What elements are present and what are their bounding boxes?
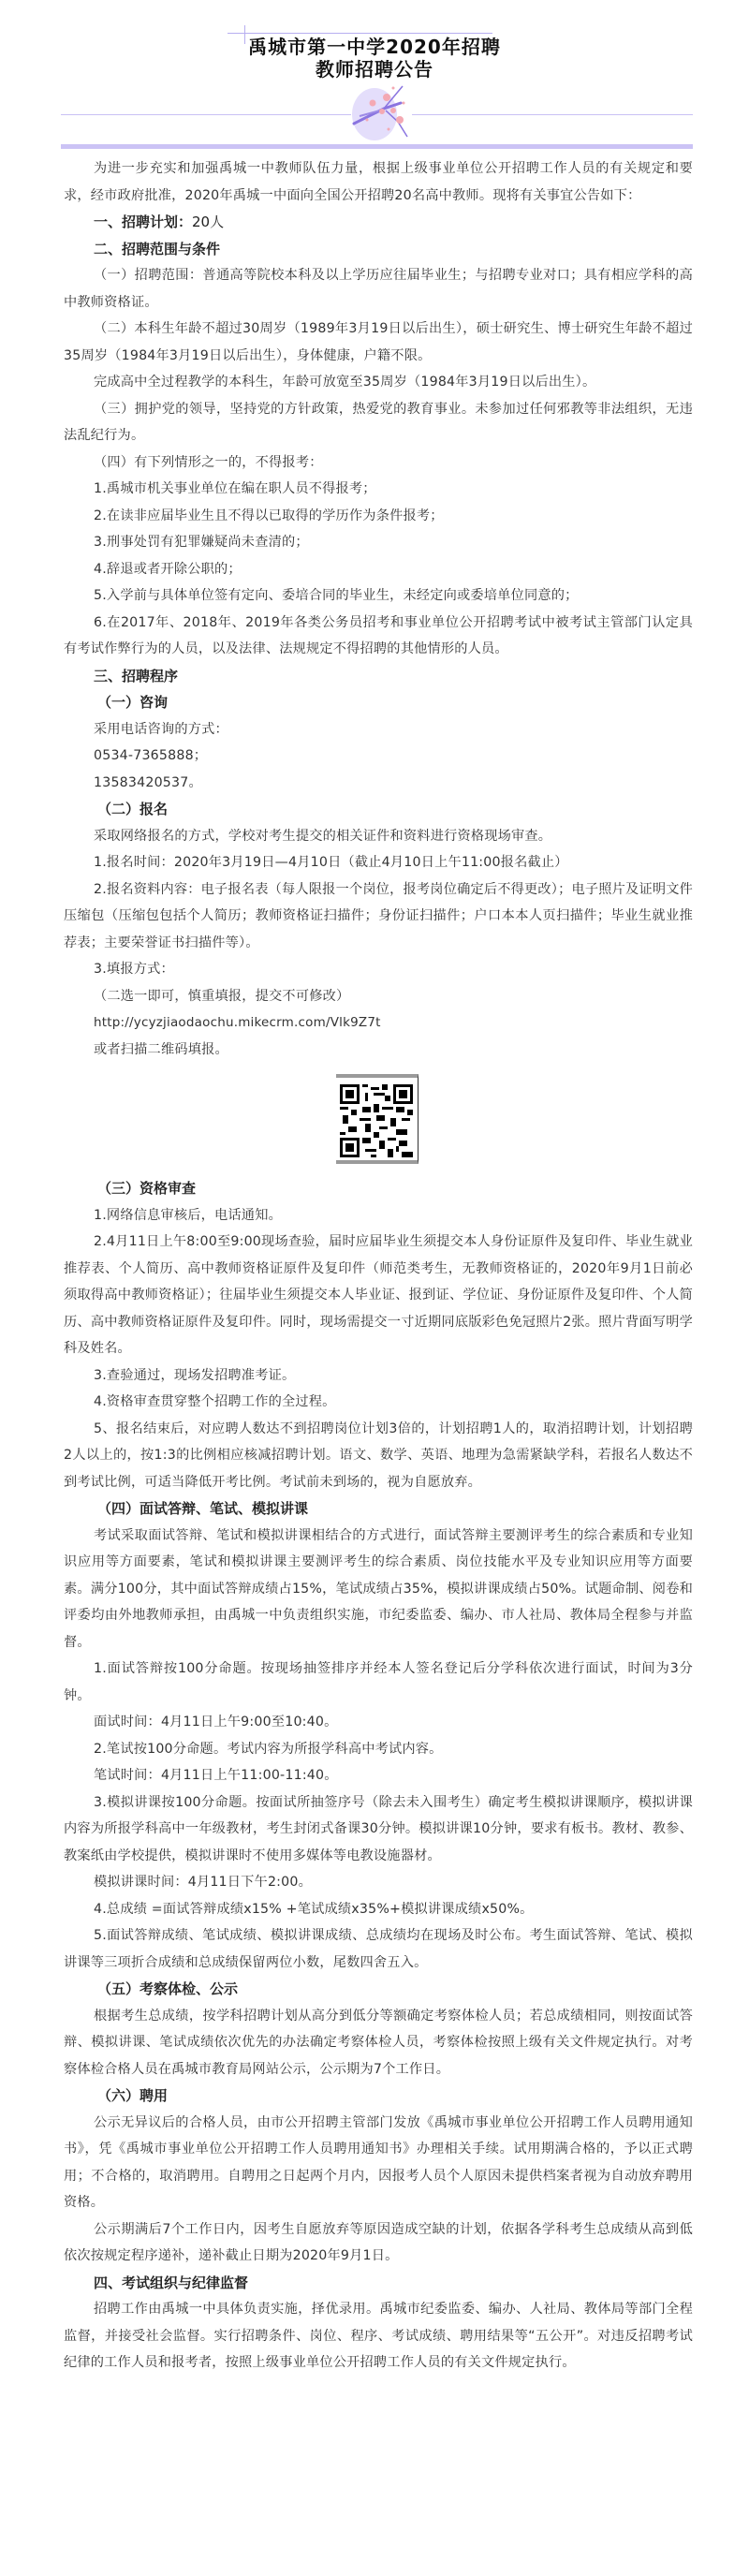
list-item: 5.面试答辩成绩、笔试成绩、模拟讲课成绩、总成绩均在现场及时公布。考生面试答辩、… bbox=[64, 1922, 693, 1976]
qr-code-container bbox=[64, 1063, 693, 1175]
list-item: 1.禹城市机关事业单位在编在职人员不得报考； bbox=[64, 476, 693, 503]
subheading-review: （三）资格审查 bbox=[64, 1175, 693, 1202]
paragraph: 根据考生总成绩，按学科招聘计划从高分到低分等额确定考察体检人员；若总成绩相同，则… bbox=[64, 2003, 693, 2083]
list-item: 1.面试答辩按100分命题。按现场抽签排序并经本人签名登记后分学科依次进行面试，… bbox=[64, 1656, 693, 1709]
paragraph: 采用电话咨询的方式： bbox=[64, 716, 693, 743]
paragraph: 采取网络报名的方式，学校对考生提交的相关证件和资料进行资格现场审查。 bbox=[64, 823, 693, 850]
paragraph: 公示期满后7个工作日内，因考生自愿放弃等原因造成空缺的计划，依据各学科考生总成绩… bbox=[64, 2216, 693, 2270]
paragraph: （二选一即可，慎重填报，提交不可修改） bbox=[64, 983, 693, 1010]
list-item: 1.网络信息审核后，电话通知。 bbox=[64, 1202, 693, 1229]
qr-code-image[interactable] bbox=[336, 1074, 419, 1164]
paragraph: （一）招聘范围：普通高等院校本科及以上学历应往届毕业生；与招聘专业对口；具有相应… bbox=[64, 262, 693, 316]
paragraph: 1.报名时间：2020年3月19日—4月10日（截止4月10日上午11:00报名… bbox=[64, 849, 693, 876]
paragraph: 公示无异议后的合格人员，由市公开招聘主管部门发放《禹城市事业单位公开招聘工作人员… bbox=[64, 2110, 693, 2216]
list-item: 3.查验通过，现场发招聘准考证。 bbox=[64, 1362, 693, 1390]
paragraph: （四）有下列情形之一的，不得报考： bbox=[64, 449, 693, 477]
plum-blossom-icon bbox=[346, 82, 431, 140]
list-item: 5.入学前与具体单位签有定向、委培合同的毕业生，未经定向或委培单位同意的； bbox=[64, 582, 693, 610]
subheading-hire: （六）聘用 bbox=[64, 2083, 693, 2110]
list-item: 2.笔试按100分命题。考试内容为所报学科高中考试内容。 bbox=[64, 1736, 693, 1763]
list-item: 考试采取面试答辩、笔试和模拟讲课相结合的方式进行，面试答辩主要测评考生的综合素质… bbox=[64, 1523, 693, 1656]
phone-number: 13583420537。 bbox=[64, 770, 693, 797]
paragraph: （二）本科生年龄不超过30周岁（1989年3月19日以后出生），硕士研究生、博士… bbox=[64, 316, 693, 369]
divider-right bbox=[412, 114, 693, 115]
subheading-consult: （一）咨询 bbox=[64, 689, 693, 716]
paragraph: 3.填报方式： bbox=[64, 956, 693, 983]
signup-link[interactable]: http://ycyzjiaodaochu.mikecrm.com/Vlk9Z7… bbox=[64, 1009, 693, 1037]
plan-value: 20人 bbox=[192, 213, 224, 230]
header-bottom-bar bbox=[61, 144, 693, 149]
title-line-1: 禹城市第一中学2020年招聘 bbox=[0, 36, 749, 58]
list-item: 3.刑事处罚有犯罪嫌疑尚未查清的； bbox=[64, 529, 693, 556]
subheading-exam: （四）面试答辩、笔试、模拟讲课 bbox=[64, 1495, 693, 1523]
paragraph: 2.报名资料内容：电子报名表（每人限报一个岗位，报考岗位确定后不得更改）；电子照… bbox=[64, 876, 693, 957]
plan-label: 一、招聘计划： bbox=[94, 213, 192, 230]
phone-number: 0534-7365888； bbox=[64, 743, 693, 770]
list-item: 3.模拟讲课按100分命题。按面试所抽签序号（除去未入围考生）确定考生模拟讲课顺… bbox=[64, 1789, 693, 1870]
announcement-body: 为进一步充实和加强禹城一中教师队伍力量，根据上级事业单位公开招聘工作人员的有关规… bbox=[64, 155, 693, 2377]
paragraph: （三）拥护党的领导，坚持党的方针政策，热爱党的教育事业。未参加过任何邪教等非法组… bbox=[64, 396, 693, 449]
paragraph: 或者扫描二维码填报。 bbox=[64, 1037, 693, 1064]
list-item: 4.总成绩 =面试答辩成绩x15% +笔试成绩x35%+模拟讲课成绩x50%。 bbox=[64, 1896, 693, 1923]
section-heading-supervision: 四、考试组织与纪律监督 bbox=[64, 2270, 693, 2297]
subheading-check: （五）考察体检、公示 bbox=[64, 1976, 693, 2003]
title-line-2: 教师招聘公告 bbox=[0, 58, 749, 81]
page-header: 禹城市第一中学2020年招聘 教师招聘公告 bbox=[0, 0, 749, 155]
title-decoration-line bbox=[228, 33, 492, 34]
intro-paragraph: 为进一步充实和加强禹城一中教师队伍力量，根据上级事业单位公开招聘工作人员的有关规… bbox=[64, 155, 693, 209]
list-item: 面试时间：4月11日上午9:00至10:40。 bbox=[64, 1709, 693, 1736]
page-title: 禹城市第一中学2020年招聘 教师招聘公告 bbox=[0, 36, 749, 81]
divider-left bbox=[61, 114, 351, 115]
list-item: 2.在读非应届毕业生且不得以已取得的学历作为条件报考； bbox=[64, 503, 693, 530]
list-item: 2.4月11日上午8:00至9:00现场查验，届时应届毕业生须提交本人身份证原件… bbox=[64, 1229, 693, 1362]
list-item: 笔试时间：4月11日上午11:00-11:40。 bbox=[64, 1762, 693, 1789]
list-item: 模拟讲课时间：4月11日下午2:00。 bbox=[64, 1869, 693, 1896]
subheading-signup: （二）报名 bbox=[64, 796, 693, 823]
list-item: 6.在2017年、2018年、2019年各类公务员招考和事业单位公开招聘考试中被… bbox=[64, 610, 693, 663]
paragraph: 完成高中全过程教学的本科生，年龄可放宽至35周岁（1984年3月19日以后出生）… bbox=[64, 369, 693, 396]
qr-code-icon bbox=[340, 1083, 413, 1158]
list-item: 4.资格审查贯穿整个招聘工作的全过程。 bbox=[64, 1389, 693, 1416]
list-item: 5、报名结束后，对应聘人数达不到招聘岗位计划3倍的，计划招聘1人的，取消招聘计划… bbox=[64, 1416, 693, 1496]
section-heading-procedure: 三、招聘程序 bbox=[64, 663, 693, 690]
section-heading-plan: 一、招聘计划：20人 bbox=[64, 209, 693, 236]
paragraph: 招聘工作由禹城一中具体负责实施，择优录用。禹城市纪委监委、编办、人社局、教体局等… bbox=[64, 2296, 693, 2377]
section-heading-conditions: 二、招聘范围与条件 bbox=[64, 236, 693, 263]
list-item: 4.辞退或者开除公职的； bbox=[64, 556, 693, 583]
